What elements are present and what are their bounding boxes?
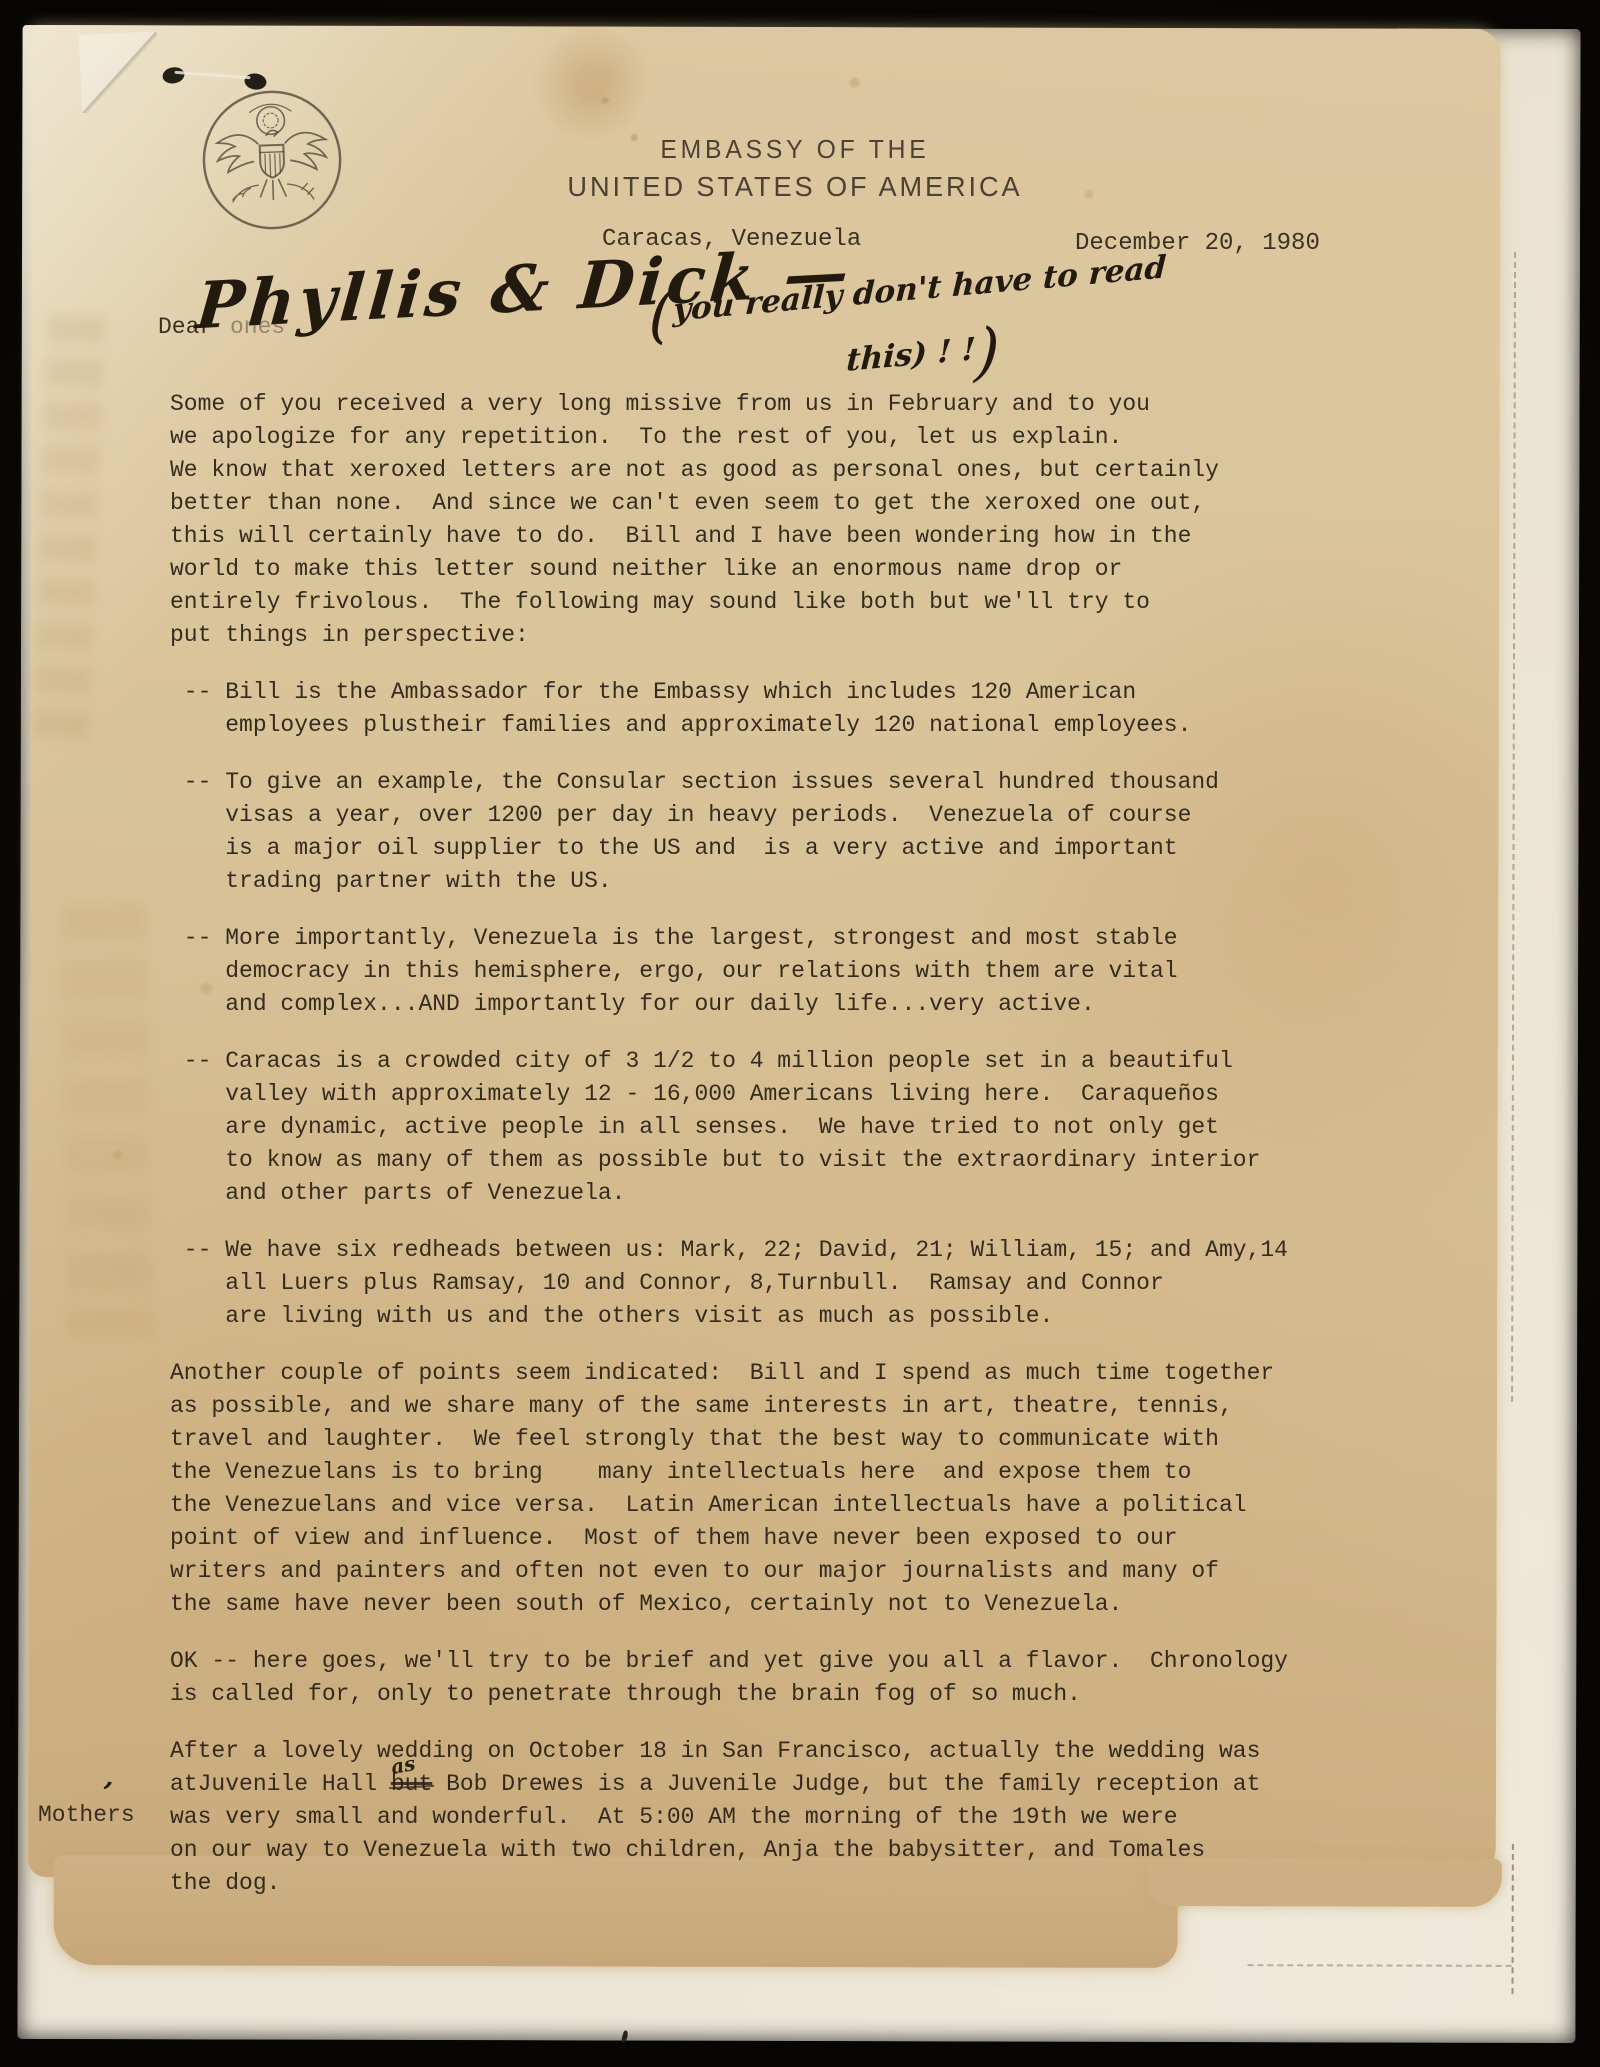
letter-text: point of view and influence. Most of the… bbox=[170, 1525, 1178, 1551]
letter-text: the dog. bbox=[170, 1870, 280, 1896]
letter-line: Another couple of points seem indicated:… bbox=[170, 1357, 1288, 1390]
embassy-letterhead: EMBASSY OF THE UNITED STATES OF AMERICA bbox=[505, 134, 1085, 203]
letter-text: and other parts of Venezuela. bbox=[170, 1180, 625, 1206]
fold-crease-line bbox=[1511, 1844, 1513, 1994]
margin-note-mothers: Mothers bbox=[38, 1802, 135, 1828]
letter-line: We know that xeroxed letters are not as … bbox=[170, 454, 1288, 487]
letter-line: and other parts of Venezuela. bbox=[170, 1177, 1288, 1210]
letter-text: was very small and wonderful. At 5:00 AM… bbox=[170, 1804, 1178, 1830]
letter-line: better than none. And since we can't eve… bbox=[170, 487, 1288, 520]
letter-line: is called for, only to penetrate through… bbox=[170, 1678, 1288, 1711]
letter-line: employees plustheir families and approxi… bbox=[170, 709, 1288, 742]
handwritten-note-text2: this) ! ! bbox=[845, 331, 976, 379]
letter-text: OK -- here goes, we'll try to be brief a… bbox=[170, 1648, 1288, 1674]
letter-text: Some of you received a very long missive… bbox=[170, 391, 1150, 417]
letter-text: are living with us and the others visit … bbox=[170, 1303, 1053, 1329]
letter-text: we apologize for any repetition. To the … bbox=[170, 424, 1122, 450]
letter-line: the Venezuelans is to bring many intelle… bbox=[170, 1456, 1288, 1489]
letter-text: atJuvenile Hall bbox=[170, 1771, 391, 1797]
letter-text: is called for, only to penetrate through… bbox=[170, 1681, 1081, 1707]
letter-line: atJuvenile Hall butas Bob Drewes is a Ju… bbox=[170, 1768, 1288, 1801]
scanned-letter-photo: EMBASSY OF THE UNITED STATES OF AMERICA … bbox=[0, 0, 1600, 2067]
letter-text: -- To give an example, the Consular sect… bbox=[170, 769, 1219, 795]
letter-line: we apologize for any repetition. To the … bbox=[170, 421, 1288, 454]
letter-text: After a lovely wedding on October 18 in … bbox=[170, 1738, 1260, 1764]
letter-text: better than none. And since we can't eve… bbox=[170, 490, 1205, 516]
letter-text: writers and painters and often not even … bbox=[170, 1558, 1219, 1584]
letter-text: trading partner with the US. bbox=[170, 868, 612, 894]
letter-line: all Luers plus Ramsay, 10 and Connor, 8,… bbox=[170, 1267, 1288, 1300]
paragraph: Another couple of points seem indicated:… bbox=[170, 1357, 1288, 1621]
letter-line: visas a year, over 1200 per day in heavy… bbox=[170, 799, 1288, 832]
embassy-name-line2: UNITED STATES OF AMERICA bbox=[514, 171, 1077, 203]
letter-text: and complex...AND importantly for our da… bbox=[170, 991, 1095, 1017]
letter-text: visas a year, over 1200 per day in heavy… bbox=[170, 802, 1191, 828]
letter-line: are living with us and the others visit … bbox=[170, 1300, 1288, 1333]
paragraph: -- Caracas is a crowded city of 3 1/2 to… bbox=[170, 1045, 1288, 1210]
paragraph: -- More importantly, Venezuela is the la… bbox=[170, 922, 1288, 1021]
letter-line: writers and painters and often not even … bbox=[170, 1555, 1288, 1588]
paragraph: After a lovely wedding on October 18 in … bbox=[170, 1735, 1288, 1900]
ink-speck bbox=[621, 2030, 629, 2043]
letter-text: Bob Drewes is a Juvenile Judge, but the … bbox=[432, 1771, 1260, 1797]
letter-text: -- More importantly, Venezuela is the la… bbox=[170, 925, 1178, 951]
struck-out-word: butas bbox=[391, 1771, 432, 1797]
handwritten-note-line2: this) ! !) bbox=[844, 313, 1001, 400]
letter-text: travel and laughter. We feel strongly th… bbox=[170, 1426, 1219, 1452]
letter-text: put things in perspective: bbox=[170, 622, 529, 648]
paragraph: Some of you received a very long missive… bbox=[170, 388, 1288, 652]
letter-line: are dynamic, active people in all senses… bbox=[170, 1111, 1288, 1144]
embassy-name-line1: EMBASSY OF THE bbox=[520, 134, 1071, 165]
letter-text: -- We have six redheads between us: Mark… bbox=[170, 1237, 1288, 1263]
letter-text: democracy in this hemisphere, ergo, our … bbox=[170, 958, 1178, 984]
letter-text: entirely frivolous. The following may so… bbox=[170, 589, 1150, 615]
handwritten-correction: as bbox=[388, 1747, 418, 1784]
letter-text: -- Bill is the Ambassador for the Embass… bbox=[170, 679, 1136, 705]
letter-line: the Venezuelans and vice versa. Latin Am… bbox=[170, 1489, 1288, 1522]
letter-text: the Venezuelans is to bring many intelle… bbox=[170, 1459, 1191, 1485]
handwritten-close-paren: ) bbox=[973, 313, 1001, 389]
letter-text: on our way to Venezuela with two childre… bbox=[170, 1837, 1205, 1863]
letter-line: OK -- here goes, we'll try to be brief a… bbox=[170, 1645, 1288, 1678]
letter-text: to know as many of them as possible but … bbox=[170, 1147, 1260, 1173]
fold-crease-line bbox=[1248, 1964, 1512, 1967]
letter-text: We know that xeroxed letters are not as … bbox=[170, 457, 1219, 483]
letter-text: is a major oil supplier to the US and is… bbox=[170, 835, 1178, 861]
letter-text: -- Caracas is a crowded city of 3 1/2 to… bbox=[170, 1048, 1233, 1074]
letter-line: world to make this letter sound neither … bbox=[170, 553, 1288, 586]
letter-line: valley with approximately 12 - 16,000 Am… bbox=[170, 1078, 1288, 1111]
letter-line: -- Caracas is a crowded city of 3 1/2 to… bbox=[170, 1045, 1288, 1078]
letter-line: Some of you received a very long missive… bbox=[170, 388, 1288, 421]
letter-line: -- More importantly, Venezuela is the la… bbox=[170, 922, 1288, 955]
letter-text: world to make this letter sound neither … bbox=[170, 556, 1122, 582]
letter-line: put things in perspective: bbox=[170, 619, 1288, 652]
letter-line: democracy in this hemisphere, ergo, our … bbox=[170, 955, 1288, 988]
letter-text: this will certainly have to do. Bill and… bbox=[170, 523, 1191, 549]
letter-line: was very small and wonderful. At 5:00 AM… bbox=[170, 1801, 1288, 1834]
paragraph: OK -- here goes, we'll try to be brief a… bbox=[170, 1645, 1288, 1711]
letter-text: the same have never been south of Mexico… bbox=[170, 1591, 1122, 1617]
letter-line: After a lovely wedding on October 18 in … bbox=[170, 1735, 1288, 1768]
letter-line: trading partner with the US. bbox=[170, 865, 1288, 898]
letter-body: Some of you received a very long missive… bbox=[170, 388, 1288, 1924]
letter-text: employees plustheir families and approxi… bbox=[170, 712, 1191, 738]
letter-line: the same have never been south of Mexico… bbox=[170, 1588, 1288, 1621]
letter-text: the Venezuelans and vice versa. Latin Am… bbox=[170, 1492, 1247, 1518]
letter-text: are dynamic, active people in all senses… bbox=[170, 1114, 1219, 1140]
letter-line: on our way to Venezuela with two childre… bbox=[170, 1834, 1288, 1867]
letter-line: -- We have six redheads between us: Mark… bbox=[170, 1234, 1288, 1267]
letter-line: this will certainly have to do. Bill and… bbox=[170, 520, 1288, 553]
great-seal-stamp-icon bbox=[195, 81, 348, 236]
folded-corner bbox=[79, 31, 161, 113]
letter-line: and complex...AND importantly for our da… bbox=[170, 988, 1288, 1021]
letter-line: entirely frivolous. The following may so… bbox=[170, 586, 1288, 619]
letter-line: -- Bill is the Ambassador for the Embass… bbox=[170, 676, 1288, 709]
letter-line: -- To give an example, the Consular sect… bbox=[170, 766, 1288, 799]
paragraph: -- Bill is the Ambassador for the Embass… bbox=[170, 676, 1288, 742]
handwritten-open-paren: ( bbox=[647, 276, 675, 352]
letter-line: point of view and influence. Most of the… bbox=[170, 1522, 1288, 1555]
letter-text: Another couple of points seem indicated:… bbox=[170, 1360, 1274, 1386]
letter-text: valley with approximately 12 - 16,000 Am… bbox=[170, 1081, 1219, 1107]
letter-line: is a major oil supplier to the US and is… bbox=[170, 832, 1288, 865]
letter-line: as possible, and we share many of the sa… bbox=[170, 1390, 1288, 1423]
paragraph: -- To give an example, the Consular sect… bbox=[170, 766, 1288, 898]
letter-line: travel and laughter. We feel strongly th… bbox=[170, 1423, 1288, 1456]
letter-text: as possible, and we share many of the sa… bbox=[170, 1393, 1233, 1419]
paragraph: -- We have six redheads between us: Mark… bbox=[170, 1234, 1288, 1333]
letter-line: to know as many of them as possible but … bbox=[170, 1144, 1288, 1177]
letter-line: the dog. bbox=[170, 1867, 1288, 1900]
fold-crease-line bbox=[1511, 252, 1516, 1402]
letter-text: all Luers plus Ramsay, 10 and Connor, 8,… bbox=[170, 1270, 1164, 1296]
